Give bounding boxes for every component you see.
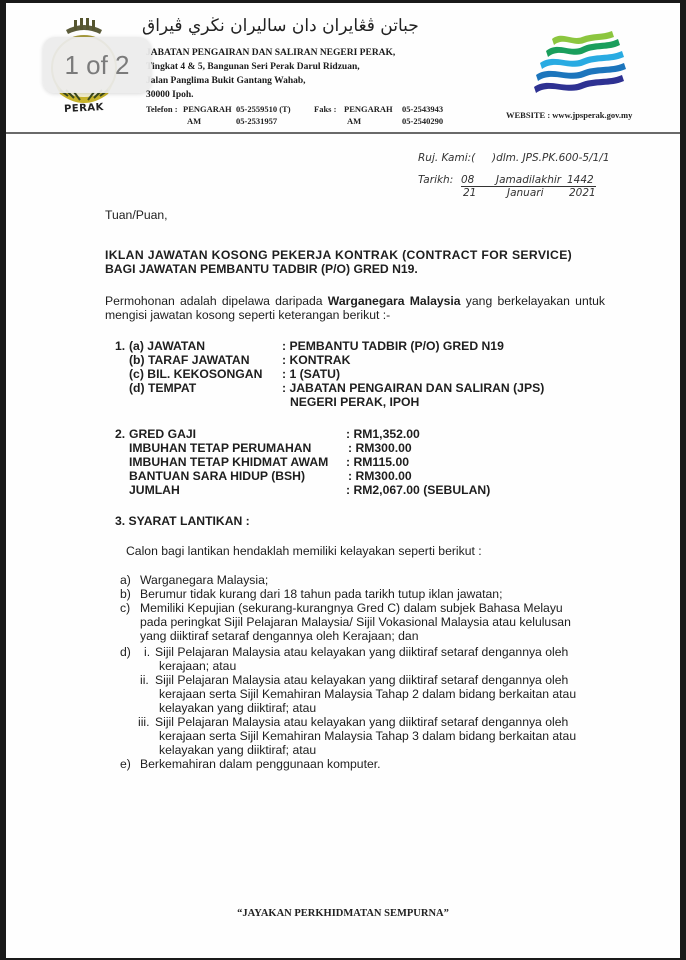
criteria-text: kelayakan yang diiktiraf; atau (159, 743, 316, 757)
s1-label-b: (b) TARAF JAWATAN (129, 353, 250, 367)
criteria-text: Memiliki Kepujian (sekurang-kurangnya Gr… (140, 601, 563, 615)
faks-role: PENGARAH (344, 104, 393, 114)
address-line: 30000 Ipoh. (146, 90, 194, 100)
criteria-text: kerajaan; atau (159, 659, 236, 673)
ruj-label: Ruj. Kami:( (418, 152, 475, 164)
faks-role2: AM (347, 116, 361, 126)
section-3-intro: Calon bagi lantikan hendaklah memiliki k… (126, 544, 482, 558)
hijri-year: 1442 (567, 174, 594, 186)
s1-label-c: (c) BIL. KEKOSONGAN (129, 367, 262, 381)
page-indicator: 1 of 2 (43, 37, 151, 93)
telefon-number-1: 05-2559510 (T) (236, 104, 291, 114)
s1-value-b: : KONTRAK (282, 353, 350, 367)
criteria-text: Sijil Pelajaran Malaysia atau kelayakan … (155, 715, 568, 729)
intro-paragraph: Permohonan adalah dipelawa daripada Warg… (105, 294, 605, 322)
title-line-2: BAGI JAWATAN PEMBANTU TADBIR (P/O) GRED … (105, 262, 418, 276)
sub-marker: i. (144, 645, 150, 659)
sub-marker: ii. (140, 673, 149, 687)
intro-text: Permohonan adalah dipelawa daripada (105, 294, 328, 308)
s1-value-c: : 1 (SATU) (282, 367, 340, 381)
faks-number-2: 05-2540290 (402, 116, 443, 126)
criteria-marker: a) (120, 573, 131, 587)
criteria-text: Sijil Pelajaran Malaysia atau kelayakan … (155, 673, 568, 687)
s2-label: IMBUHAN TETAP PERUMAHAN (129, 441, 311, 455)
s2-value-total: : RM2,067.00 (SEBULAN) (346, 483, 490, 497)
faks-number-1: 05-2543943 (402, 104, 443, 114)
criteria-text: yang diiktiraf setaraf dengannya oleh Ke… (140, 629, 418, 643)
criteria-text: pada peringkat Sijil Pelajaran Malaysia/… (140, 615, 571, 629)
s2-label: IMBUHAN TETAP KHIDMAT AWAM (129, 455, 328, 469)
criteria-text: Sijil Pelajaran Malaysia atau kelayakan … (155, 645, 568, 659)
criteria-text: Berumur tidak kurang dari 18 tahun pada … (140, 587, 502, 601)
s1-value-d2: NEGERI PERAK, IPOH (290, 395, 419, 409)
s2-label: BANTUAN SARA HIDUP (BSH) (129, 469, 305, 483)
greg-year: 2021 (569, 187, 596, 199)
section-3-heading: 3. SYARAT LANTIKAN : (115, 514, 250, 528)
s2-value: : RM300.00 (348, 441, 412, 455)
s1-value-d: : JABATAN PENGAIRAN DAN SALIRAN (JPS) (282, 381, 544, 395)
faks-label: Faks : (314, 104, 336, 114)
s1-label-d: (d) TEMPAT (129, 381, 196, 395)
criteria-text: Warganegara Malaysia; (140, 573, 268, 587)
telefon-label: Telefon : (146, 104, 178, 114)
salutation: Tuan/Puan, (105, 208, 168, 222)
s2-label-total: JUMLAH (129, 483, 180, 497)
telefon-role: PENGARAH (183, 104, 232, 114)
address-line: Tingkat 4 & 5, Bangunan Seri Perak Darul… (146, 62, 360, 72)
tarikh-label: Tarikh: (418, 174, 453, 186)
s1-label-a: (a) JAWATAN (129, 339, 205, 353)
telefon-number-2: 05-2531957 (236, 116, 277, 126)
ruj-value: )dlm. JPS.PK.600-5/1/1 (492, 152, 610, 164)
s1-value-a: : PEMBANTU TADBIR (P/O) GRED N19 (282, 339, 504, 353)
criteria-marker: d) (120, 645, 131, 659)
greg-month: Januari (507, 187, 544, 199)
telefon-role2: AM (187, 116, 201, 126)
criteria-marker: b) (120, 587, 131, 601)
s2-label: GRED GAJI (129, 427, 196, 441)
s2-value: : RM300.00 (348, 469, 412, 483)
criteria-text: Berkemahiran dalam penggunaan komputer. (140, 757, 381, 771)
sub-marker: iii. (138, 715, 150, 729)
footer-motto: “JAYAKAN PERKHIDMATAN SEMPURNA” (6, 908, 680, 919)
criteria-marker: c) (120, 601, 130, 615)
jps-wave-logo-icon (530, 31, 630, 101)
criteria-text: kerajaan serta Sijil Kemahiran Malaysia … (159, 687, 576, 701)
greg-day: 21 (463, 187, 476, 199)
document-page: PERAK جباتن ڤڠايران دان ساليران نڬري ڤير… (6, 3, 680, 958)
title-line-1: IKLAN JAWATAN KOSONG PEKERJA KONTRAK (CO… (105, 248, 572, 262)
section-2-number: 2. (115, 427, 125, 441)
letterhead-divider (6, 132, 680, 134)
criteria-text: kerajaan serta Sijil Kemahiran Malaysia … (159, 729, 576, 743)
section-1-number: 1. (115, 339, 125, 353)
s2-value: : RM1,352.00 (346, 427, 420, 441)
jawi-title: جباتن ڤڠايران دان ساليران نڬري ڤيراق (142, 16, 419, 36)
criteria-marker: e) (120, 757, 131, 771)
hijri-day: 08 (461, 174, 474, 186)
address-line: Jalan Panglima Bukit Gantang Wahab, (146, 76, 306, 86)
criteria-text: kelayakan yang diiktiraf; atau (159, 701, 316, 715)
website-url: WEBSITE : www.jpsperak.gov.my (506, 110, 632, 120)
intro-bold: Warganegara Malaysia (328, 294, 461, 308)
hijri-month: Jamadilakhir (496, 174, 561, 186)
s2-value: : RM115.00 (346, 455, 409, 469)
org-name: JABATAN PENGAIRAN DAN SALIRAN NEGERI PER… (146, 48, 395, 58)
